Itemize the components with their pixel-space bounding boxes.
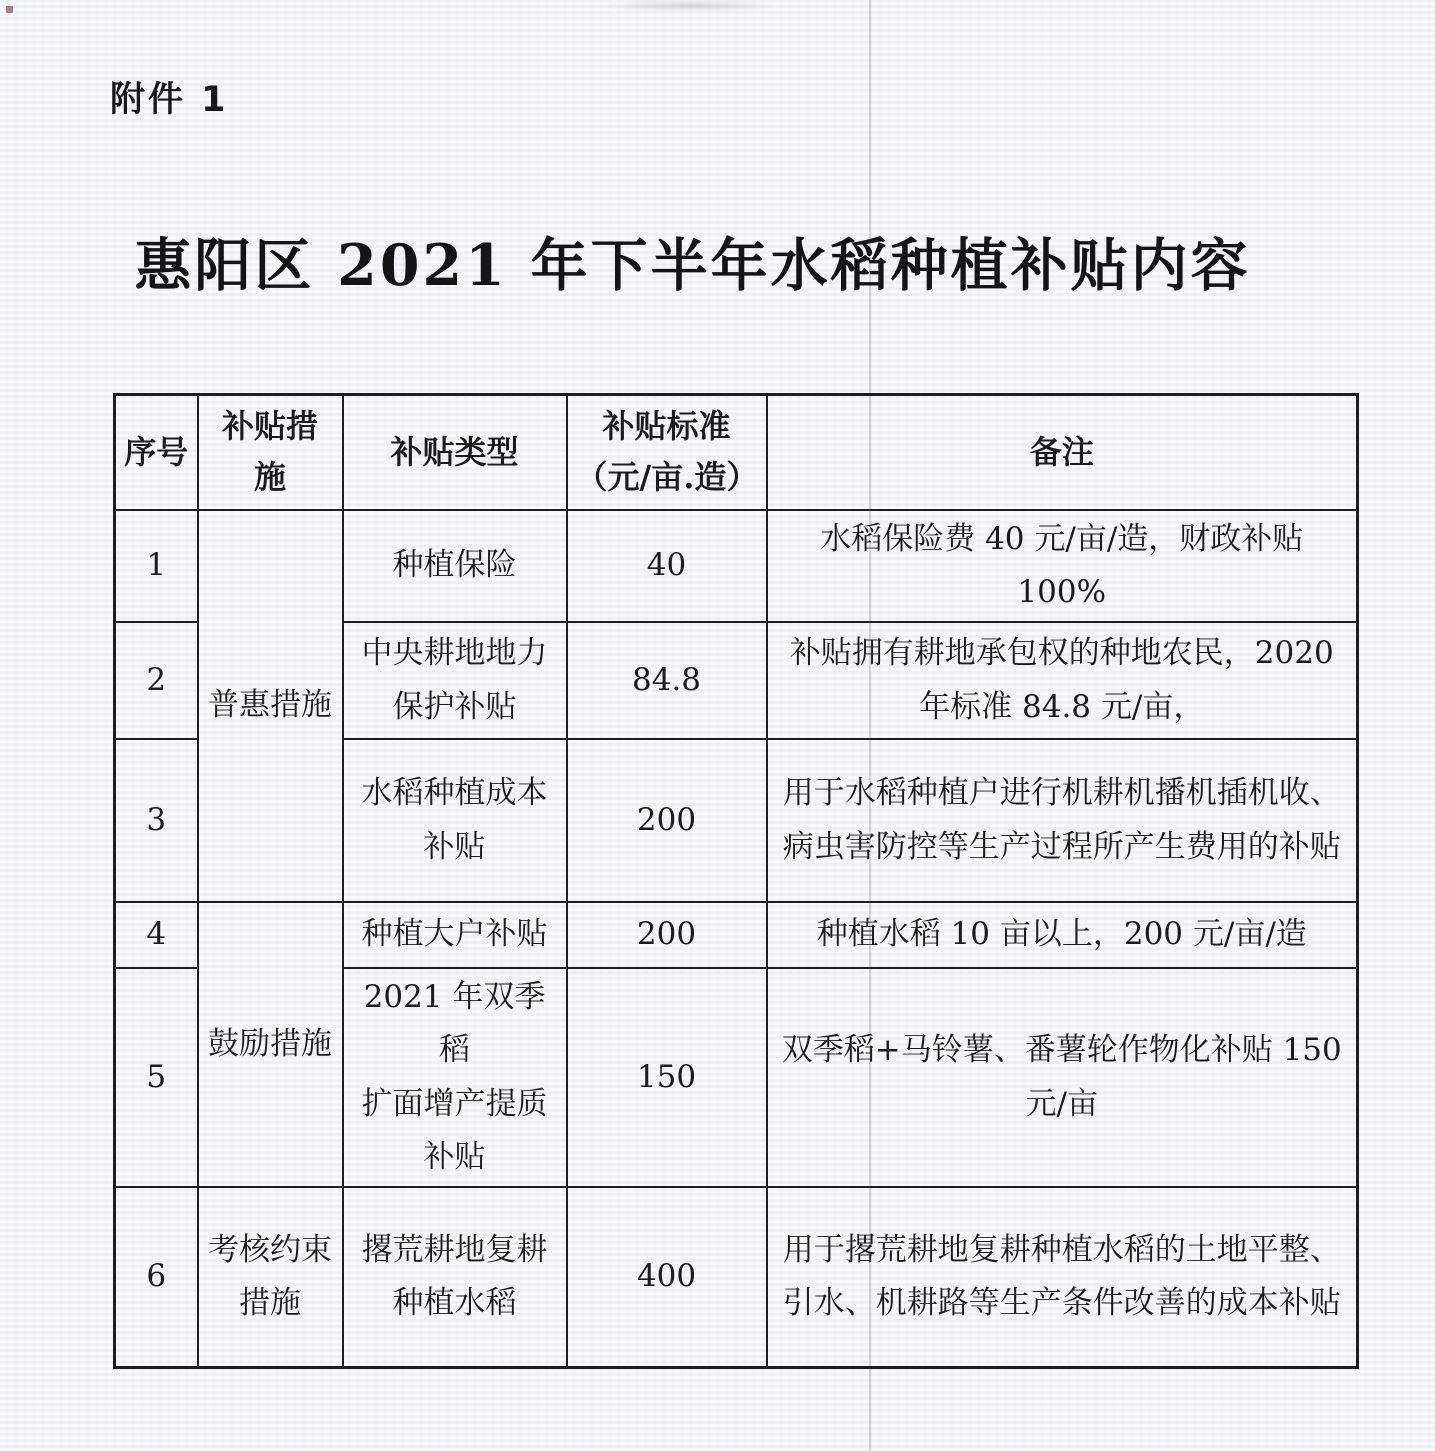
table-row: 1 普惠措施 种植保险 40 水稻保险费 40 元/亩/造，财政补贴 100% xyxy=(115,510,1358,623)
attachment-label: 附件 1 xyxy=(110,72,229,122)
cell-no: 1 xyxy=(115,510,198,623)
document-title: 惠阳区 2021 年下半年水稻种植补贴内容 xyxy=(115,220,1270,302)
cell-remark: 种植水稻 10 亩以上，200 元/亩/造 xyxy=(767,902,1358,968)
cell-type: 2021 年双季稻 扩面增产提质 补贴 xyxy=(343,968,567,1187)
cell-remark: 用于撂荒耕地复耕种植水稻的土地平整、引水、机耕路等生产条件改善的成本补贴 xyxy=(767,1187,1358,1367)
cell-remark: 补贴拥有耕地承包权的种地农民，2020 年标准 84.8 元/亩， xyxy=(767,622,1358,739)
cell-standard: 40 xyxy=(567,510,767,623)
cell-no: 5 xyxy=(115,968,198,1187)
scan-smudge-artifact xyxy=(600,0,780,12)
table-row: 4 鼓励措施 种植大户补贴 200 种植水稻 10 亩以上，200 元/亩/造 xyxy=(115,902,1358,968)
cell-standard: 150 xyxy=(567,968,767,1187)
table-header-row: 序号 补贴措施 补贴类型 补贴标准 （元/亩.造） 备注 xyxy=(115,395,1358,510)
cell-no: 3 xyxy=(115,739,198,902)
cell-type: 中央耕地地力 保护补贴 xyxy=(343,622,567,739)
cell-no: 6 xyxy=(115,1187,198,1367)
cell-standard: 84.8 xyxy=(567,622,767,739)
table-row: 6 考核约束 措施 撂荒耕地复耕 种植水稻 400 用于撂荒耕地复耕种植水稻的土… xyxy=(115,1187,1358,1367)
subsidy-table: 序号 补贴措施 补贴类型 补贴标准 （元/亩.造） 备注 1 普惠措施 种植保险… xyxy=(113,393,1359,1369)
header-standard: 补贴标准 （元/亩.造） xyxy=(567,395,767,510)
cell-measure-incentive: 鼓励措施 xyxy=(198,902,343,1187)
cell-standard: 400 xyxy=(567,1187,767,1367)
cell-remark: 水稻保险费 40 元/亩/造，财政补贴 100% xyxy=(767,510,1358,623)
cell-standard: 200 xyxy=(567,902,767,968)
cell-no: 4 xyxy=(115,902,198,968)
scan-speck-artifact xyxy=(6,6,13,13)
cell-no: 2 xyxy=(115,622,198,739)
cell-type: 种植大户补贴 xyxy=(343,902,567,968)
cell-type: 撂荒耕地复耕 种植水稻 xyxy=(343,1187,567,1367)
cell-measure-universal: 普惠措施 xyxy=(198,510,343,903)
cell-remark: 用于水稻种植户进行机耕机播机插机收、病虫害防控等生产过程所产生费用的补贴 xyxy=(767,739,1358,902)
header-type: 补贴类型 xyxy=(343,395,567,510)
cell-type: 水稻种植成本 补贴 xyxy=(343,739,567,902)
cell-type: 种植保险 xyxy=(343,510,567,623)
cell-measure-assessment: 考核约束 措施 xyxy=(198,1187,343,1367)
cell-remark: 双季稻+马铃薯、番薯轮作物化补贴 150 元/亩 xyxy=(767,968,1358,1187)
cell-standard: 200 xyxy=(567,739,767,902)
header-measure: 补贴措施 xyxy=(198,395,343,510)
header-no: 序号 xyxy=(115,395,198,510)
header-remark: 备注 xyxy=(767,395,1358,510)
